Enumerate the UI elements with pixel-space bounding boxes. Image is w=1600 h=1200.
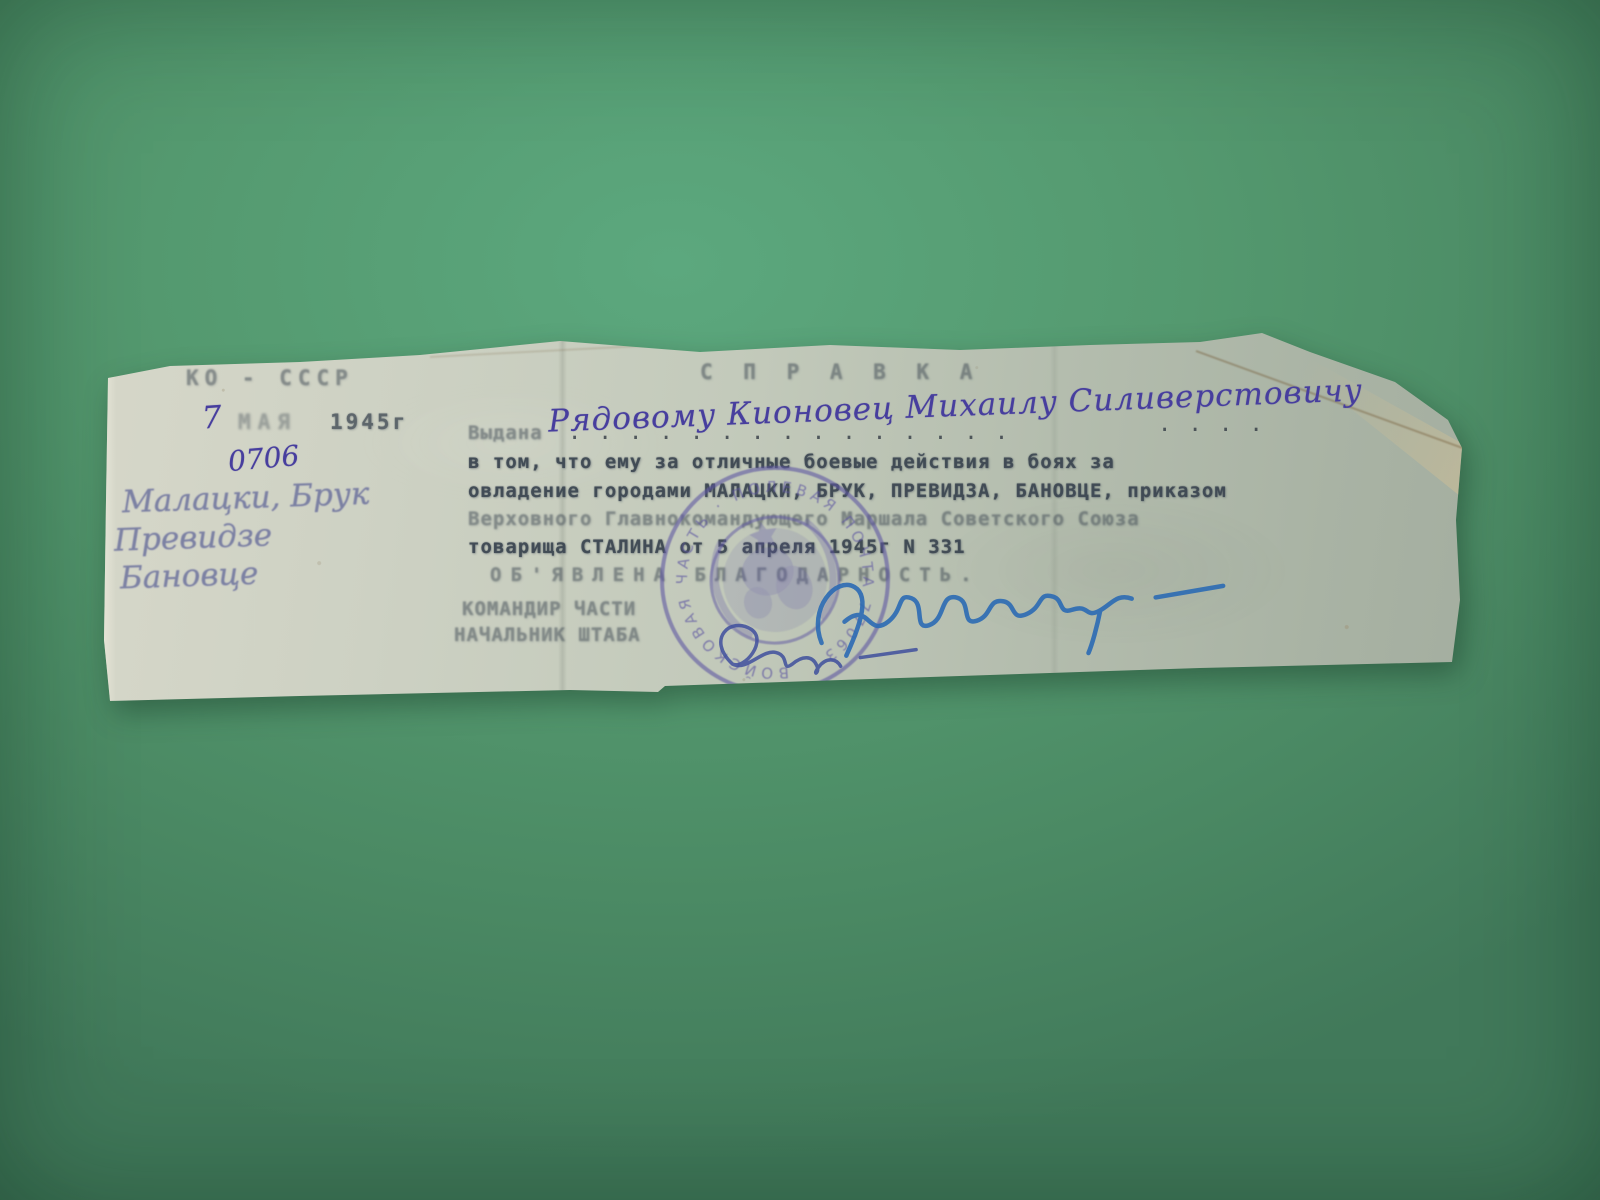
typed-month: МАЯ [238, 410, 297, 434]
margin-note-towns-1: Малацки, Брук [121, 476, 369, 521]
typed-year: 1945г [330, 410, 408, 434]
handwritten-day: 7 [201, 399, 223, 436]
certificate-paper: КО - СССР 7 МАЯ 1945г 0706 Малацки, Брук… [100, 330, 1470, 706]
header-org-text: КО - СССР [186, 366, 354, 390]
margin-note-towns-3: Бановце [119, 556, 259, 597]
closing-chief-of-staff: НАЧАЛЬНИК ШТАБА [454, 624, 641, 646]
chief-signature [697, 603, 1000, 693]
document-title: С П Р А В К А [700, 360, 981, 384]
photo-of-certificate: КО - СССР 7 МАЯ 1945г 0706 Малацки, Брук… [0, 0, 1600, 1200]
issued-label: Выдана [468, 422, 543, 444]
margin-note-towns-2: Превидзе [113, 517, 272, 558]
handwritten-number: 0706 [227, 439, 301, 478]
small-crease-line [430, 344, 660, 358]
paper-wrap: КО - СССР 7 МАЯ 1945г 0706 Малацки, Брук… [0, 0, 1600, 1200]
dotted-rule-tail: · · · · [1158, 418, 1265, 443]
closing-commander: КОМАНДИР ЧАСТИ [462, 598, 636, 620]
